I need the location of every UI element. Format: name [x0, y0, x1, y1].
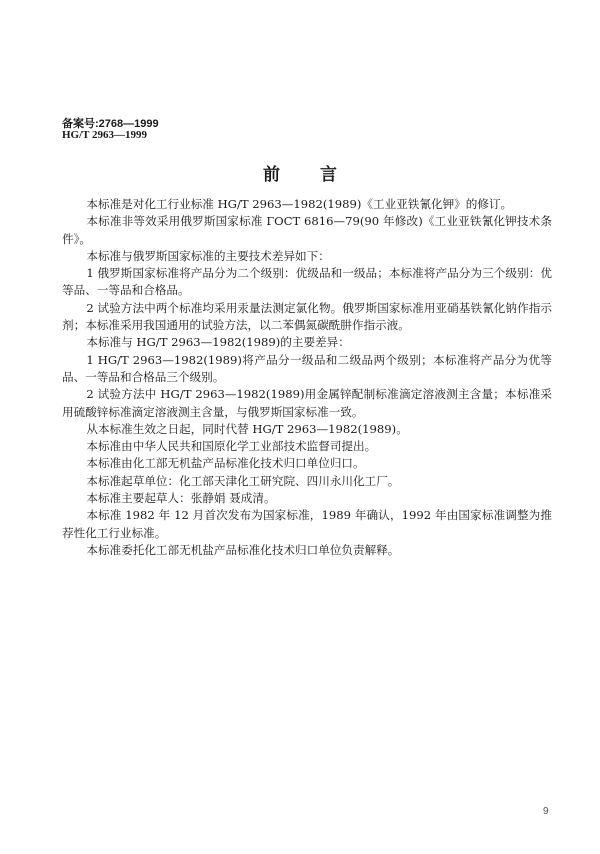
page-number: 9 [543, 806, 549, 817]
paragraph: 1 俄罗斯国家标准将产品分为二个级别：优级品和一级品；本标准将产品分为三个级别：… [62, 265, 552, 300]
paragraph: 本标准与 HG/T 2963—1982(1989)的主要差异： [62, 334, 552, 351]
paragraph: 本标准非等效采用俄罗斯国家标准 ГОСТ 6816—79(90 年修改)《工业亚… [62, 213, 552, 248]
paragraph: 本标准起草单位：化工部天津化工研究院、四川永川化工厂。 [62, 473, 552, 490]
paragraph: 从本标准生效之日起，同时代替 HG/T 2963—1982(1989)。 [62, 421, 552, 438]
paragraph: 1 HG/T 2963—1982(1989)将产品分一级品和二级品两个级别；本标… [62, 352, 552, 387]
paragraph: 本标准由中华人民共和国原化学工业部技术监督司提出。 [62, 438, 552, 455]
paragraph: 本标准由化工部无机盐产品标准化技术归口单位归口。 [62, 455, 552, 472]
paragraph: 本标准主要起草人：张静娟 聂成清。 [62, 490, 552, 507]
paragraph: 2 试验方法中两个标准均采用汞量法测定氯化物。俄罗斯国家标准用亚硝基铁氰化钠作指… [62, 300, 552, 335]
foreword-body: 本标准是对化工行业标准 HG/T 2963—1982(1989)《工业亚铁氰化钾… [62, 196, 552, 559]
paragraph: 2 试验方法中 HG/T 2963—1982(1989)用金属锌配制标准滴定溶液… [62, 386, 552, 421]
paragraph: 本标准 1982 年 12 月首次发布为国家标准，1989 年确认，1992 年… [62, 507, 552, 542]
standard-number: HG/T 2963—1999 [62, 129, 147, 141]
paragraph: 本标准委托化工部无机盐产品标准化技术归口单位负责解释。 [62, 542, 552, 559]
page-title: 前言 [0, 160, 600, 185]
paragraph: 本标准是对化工行业标准 HG/T 2963—1982(1989)《工业亚铁氰化钾… [62, 196, 552, 213]
paragraph: 本标准与俄罗斯国家标准的主要技术差异如下： [62, 248, 552, 265]
